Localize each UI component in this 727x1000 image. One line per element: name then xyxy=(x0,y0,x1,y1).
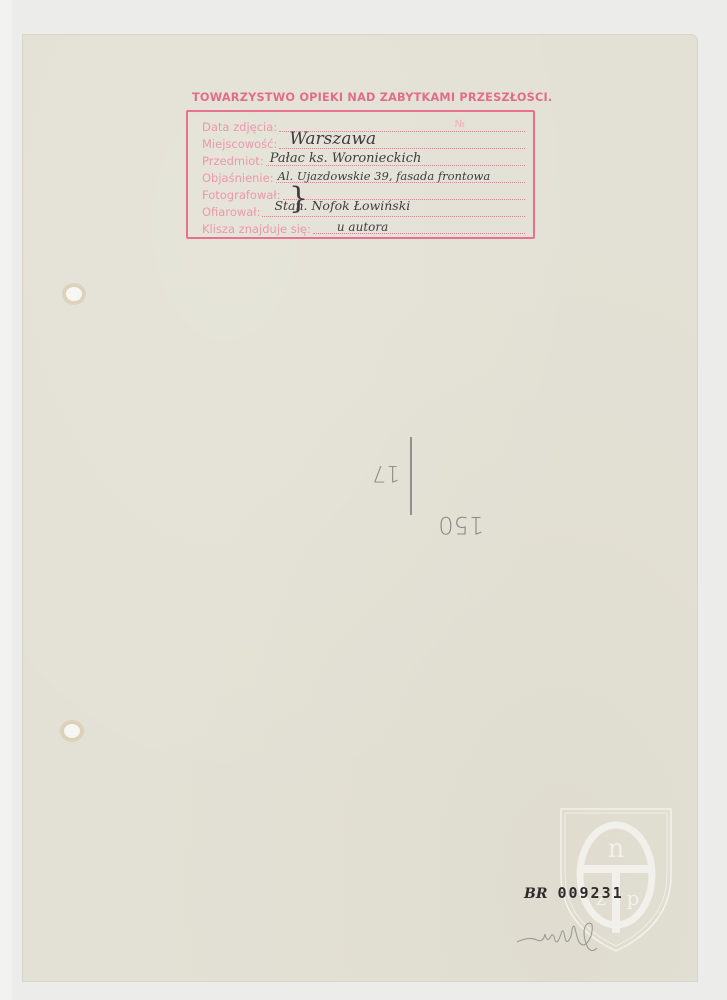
brace-mark: } xyxy=(289,184,308,214)
field-value: Warszawa xyxy=(289,129,376,149)
field-line: Pałac ks. Woronieckich xyxy=(266,151,525,166)
pencil-slash xyxy=(410,437,412,515)
archive-number-value: 009231 xyxy=(557,884,623,902)
field-line: Warszawa xyxy=(279,134,525,149)
punch-hole-bottom xyxy=(64,724,80,738)
field-line: Al. Ujazdowskie 39, fasada frontowa xyxy=(276,168,525,183)
field-value: u autora xyxy=(337,220,388,234)
number-mark: № xyxy=(455,119,465,130)
archive-number: BR009231 xyxy=(524,884,624,902)
field-value: Pałac ks. Woronieckich xyxy=(270,151,422,166)
stamp-row-donor: Ofiarował: Stan. Nofok Łowiński xyxy=(202,203,525,219)
stamp-row-negative: Klisza znajduje się: u autora xyxy=(202,220,525,236)
field-label: Fotografował: xyxy=(202,188,281,202)
stamp-header: TOWARZYSTWO OPIEKI NAD ZABYTKAMI PRZESZŁ… xyxy=(192,91,542,104)
field-line: u autora xyxy=(313,219,525,234)
field-value: Al. Ujazdowskie 39, fasada frontowa xyxy=(278,169,491,183)
scan-background-edge xyxy=(0,0,12,1000)
archive-prefix: BR xyxy=(524,886,547,902)
field-label: Ofiarował: xyxy=(202,205,260,219)
svg-text:p: p xyxy=(627,886,640,910)
stamp-box: Data zdjęcia: № Miejscowość: Warszawa Pr… xyxy=(186,110,535,239)
stamp-row-description: Objaśnienie: Al. Ujazdowskie 39, fasada … xyxy=(202,169,525,185)
field-label: Klisza znajduje się: xyxy=(202,222,311,236)
pencil-note-upper: 17 xyxy=(372,460,400,485)
field-label: Miejscowość: xyxy=(202,137,277,151)
punch-hole-top xyxy=(66,287,82,301)
field-label: Objaśnienie: xyxy=(202,171,274,185)
field-label: Przedmiot: xyxy=(202,154,264,168)
pencil-signature xyxy=(515,912,615,957)
stamp-row-place: Miejscowość: Warszawa xyxy=(202,135,525,151)
stamp-row-subject: Przedmiot: Pałac ks. Woronieckich xyxy=(202,152,525,168)
pencil-note-lower: 150 xyxy=(438,511,484,539)
field-label: Data zdjęcia: xyxy=(202,120,277,134)
svg-text:n: n xyxy=(608,834,625,864)
